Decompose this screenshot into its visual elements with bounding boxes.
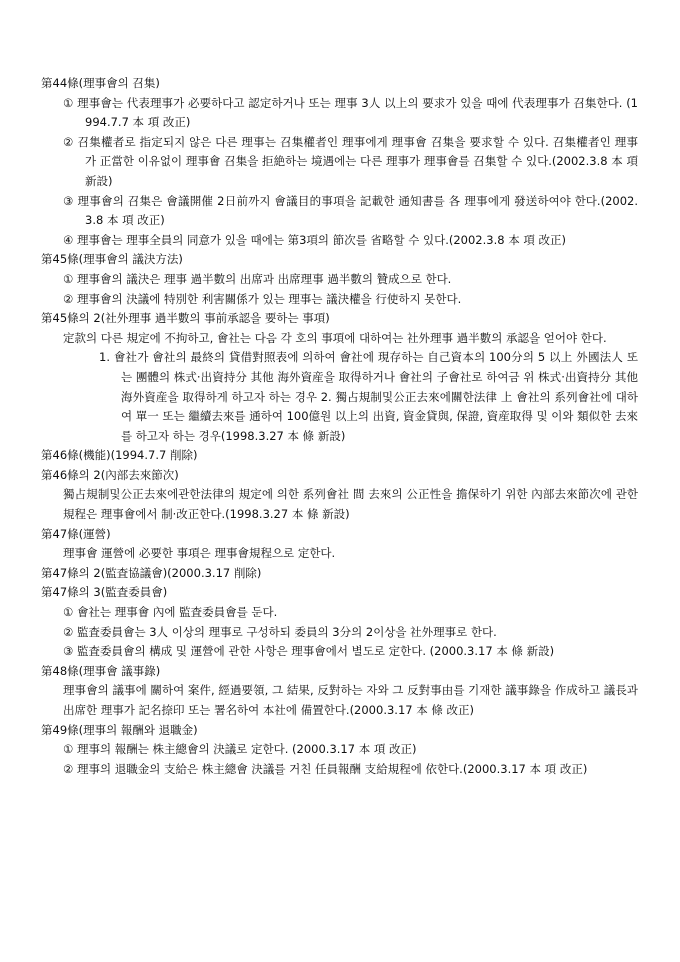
article-heading-47: 第47條(運營) <box>41 525 638 545</box>
clause-44-3: ③ 理事會의 召集은 會議開催 2日前까지 會議目的事項을 記載한 通知書를 各… <box>41 192 638 231</box>
article-heading-45-2: 第45條의 2(社外理事 過半數의 事前承認을 要하는 事項) <box>41 309 638 329</box>
article-heading-46-2: 第46條의 2(內部去來節次) <box>41 466 638 486</box>
paragraph-46-2-body: 獨占規制및公正去來에관한法律의 規定에 의한 系列會社 間 去來의 公正性을 擔… <box>41 485 638 524</box>
clause-45-1: ① 理事會의 議決은 理事 過半數의 出席과 出席理事 過半數의 贊成으로 한다… <box>41 270 638 290</box>
clause-44-1: ① 理事會는 代表理事가 必要하다고 認定하거나 또는 理事 3人 以上의 要求… <box>41 94 638 133</box>
article-heading-44: 第44條(理事會의 召集) <box>41 74 638 94</box>
clause-47-3-1: ① 會社는 理事會 內에 監査委員會를 둔다. <box>41 603 638 623</box>
clause-49-1: ① 理事의 報酬는 株主總會의 決議로 定한다. (2000.3.17 本 項 … <box>41 740 638 760</box>
article-heading-46: 第46條(機能)(1994.7.7 削除) <box>41 446 638 466</box>
article-heading-48: 第48條(理事會 議事錄) <box>41 662 638 682</box>
clause-47-3-3: ③ 監査委員會의 構成 및 運營에 관한 사항은 理事會에서 별도로 定한다. … <box>41 642 638 662</box>
article-heading-47-2: 第47條의 2(監査協議會)(2000.3.17 削除) <box>41 564 638 584</box>
article-heading-47-3: 第47條의 3(監査委員會) <box>41 583 638 603</box>
paragraph-47-body: 理事會 運營에 必要한 事項은 理事會規程으로 定한다. <box>41 544 638 564</box>
clause-47-3-2: ② 監査委員會는 3人 이상의 理事로 구성하되 委員의 3分의 2이상을 社外… <box>41 623 638 643</box>
clause-44-4: ④ 理事會는 理事全員의 同意가 있을 때에는 第3項의 節次를 省略할 수 있… <box>41 231 638 251</box>
article-heading-45: 第45條(理事會의 議決方法) <box>41 250 638 270</box>
paragraph-45-2-intro: 定款의 다른 規定에 不拘하고, 會社는 다음 각 호의 事項에 대하여는 社外… <box>41 329 638 349</box>
clause-44-2: ② 召集權者로 指定되지 않은 다른 理事는 召集權者인 理事에게 理事會 召集… <box>41 133 638 192</box>
article-heading-49: 第49條(理事의 報酬와 退職金) <box>41 721 638 741</box>
paragraph-48-body: 理事會의 議事에 關하여 案件, 經過要領, 그 結果, 反對하는 자와 그 反… <box>41 681 638 720</box>
clause-45-2: ② 理事會의 決議에 特別한 利害關係가 있는 理事는 議決權을 行使하지 못한… <box>41 290 638 310</box>
numbered-item-45-2-1: 1. 會社가 會社의 最終의 貸借對照表에 의하여 會社에 現存하는 自己資本의… <box>41 348 638 446</box>
document-page: 第44條(理事會의 召集) ① 理事會는 代表理事가 必要하다고 認定하거나 또… <box>0 0 680 962</box>
clause-49-2: ② 理事의 退職金의 支給은 株主總會 決議를 거친 任員報酬 支給規程에 依한… <box>41 760 638 780</box>
